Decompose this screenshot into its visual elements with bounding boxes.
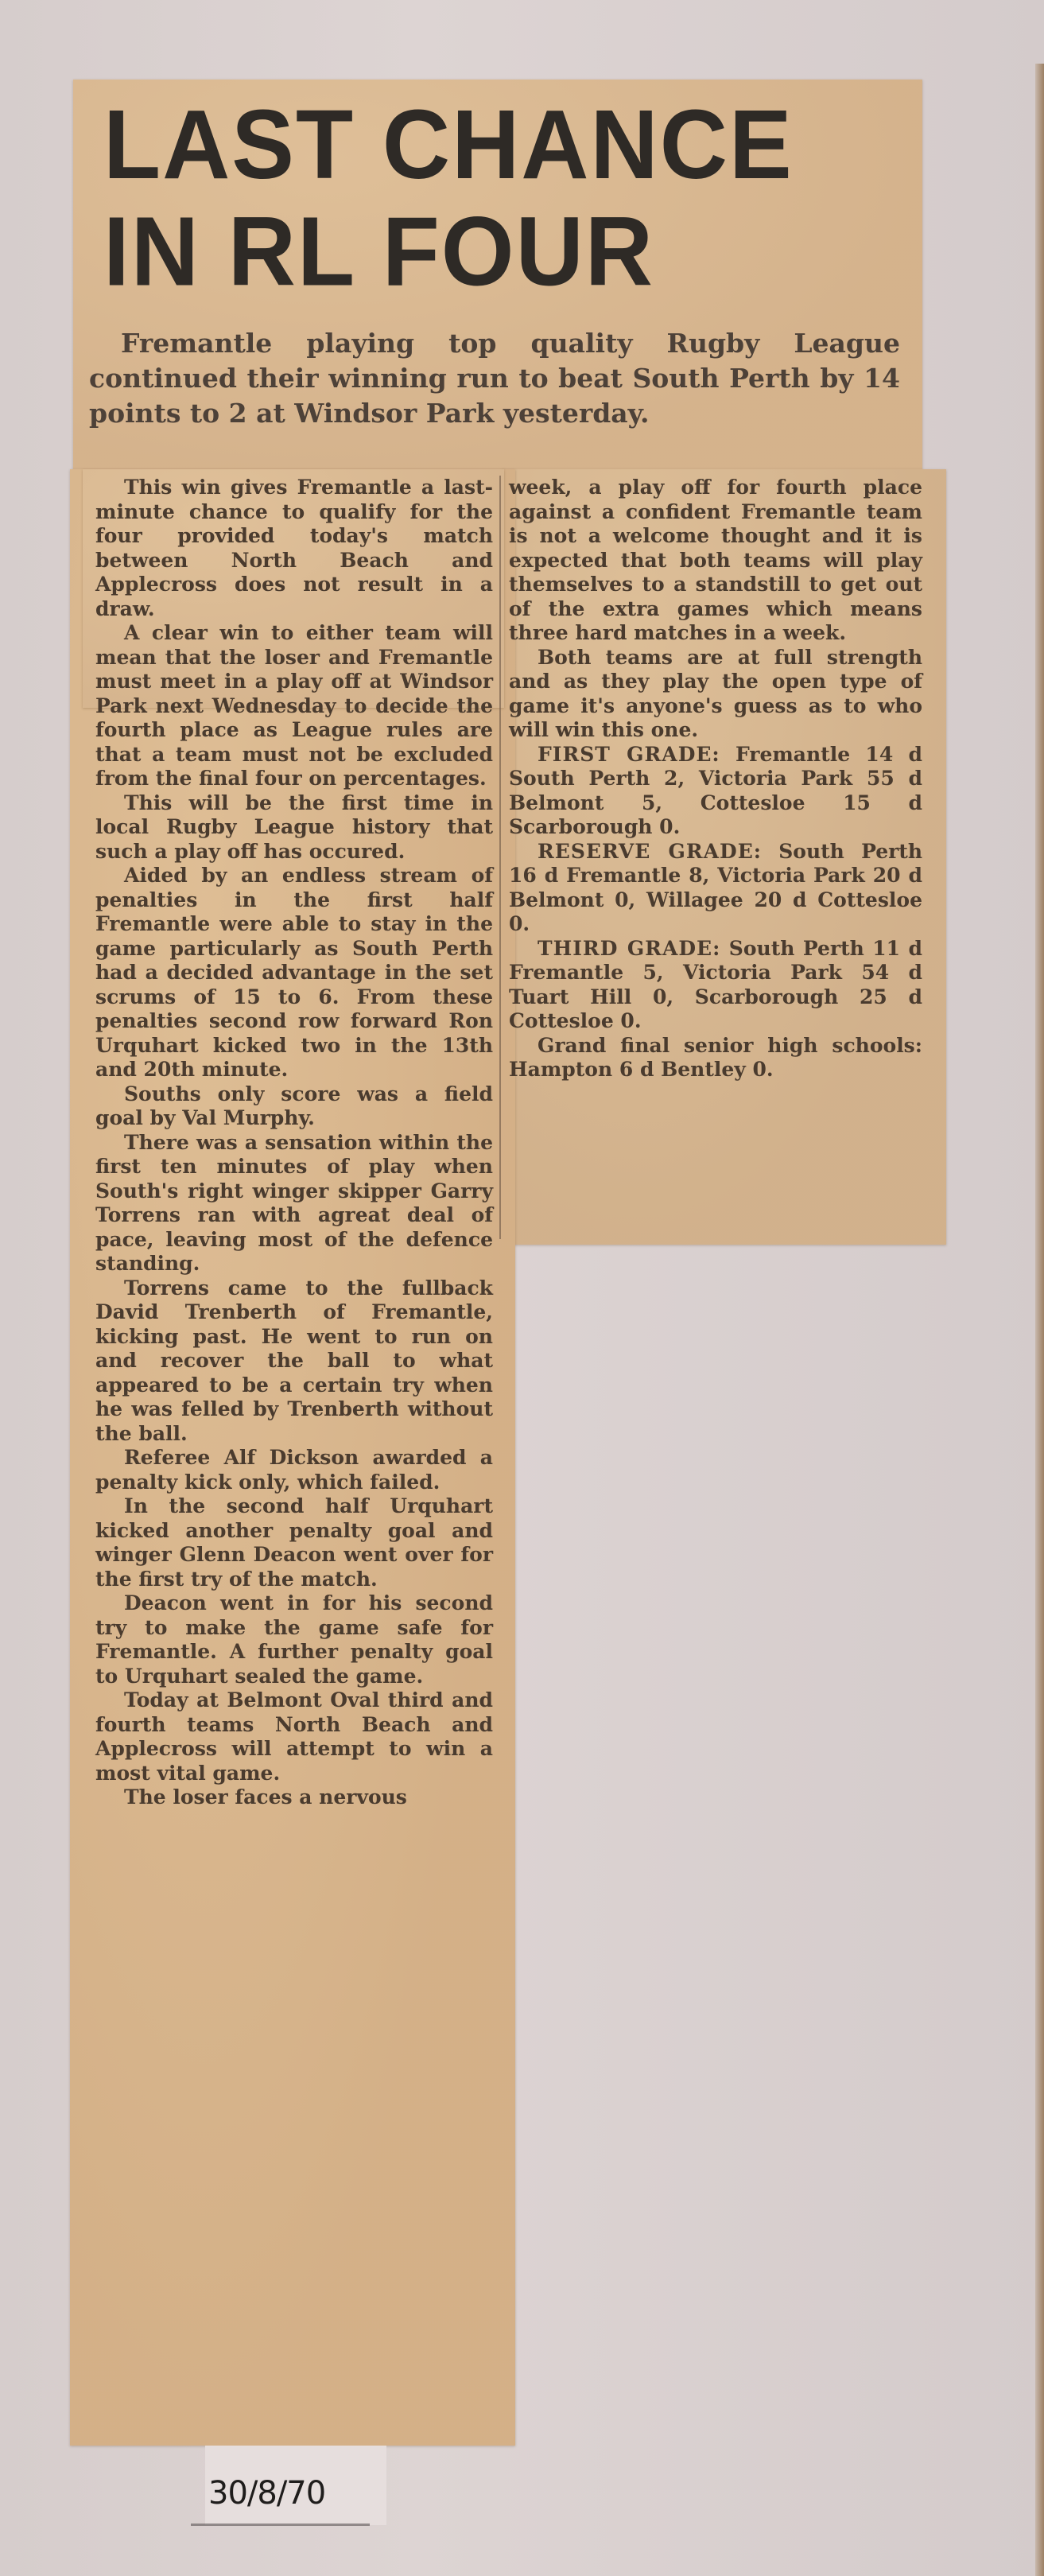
grade-label: FIRST GRADE: <box>538 743 720 766</box>
article-paragraph: In the second half Urquhart kicked anoth… <box>95 1494 493 1591</box>
date-label: 30/8/70 <box>208 2475 325 2512</box>
article-paragraph: week, a play off for fourth place agains… <box>509 476 922 646</box>
page-edge <box>1035 64 1044 2576</box>
grade-results: Hampton 6 d Bentley 0. <box>509 1058 774 1081</box>
date-label-shadow <box>191 2524 370 2526</box>
article-paragraph: Torrens came to the fullback David Trenb… <box>95 1276 493 1447</box>
headline: LAST CHANCE IN RL FOUR <box>103 91 898 305</box>
article-paragraph: A clear win to either team will mean tha… <box>95 621 493 791</box>
results-third-grade: THIRD GRADE: South Perth 11 d Fremantle … <box>509 937 922 1034</box>
article-paragraph: Souths only score was a field goal by Va… <box>95 1082 493 1131</box>
headline-line-1: LAST CHANCE <box>103 91 898 198</box>
results-reserve-grade: RESERVE GRADE: South Perth 16 d Fremantl… <box>509 840 922 937</box>
grade-label: Grand final senior high schools: <box>538 1034 922 1057</box>
article-right-column: week, a play off for fourth place agains… <box>509 476 922 1082</box>
article-paragraph: This will be the first time in local Rug… <box>95 791 493 864</box>
article-left-column-top: This win gives Fremantle a last-minute c… <box>95 476 493 1810</box>
results-first-grade: FIRST GRADE: Fremantle 14 d South Perth … <box>509 743 922 840</box>
article-paragraph: Today at Belmont Oval third and fourth t… <box>95 1688 493 1785</box>
article-paragraph: Both teams are at full strength and as t… <box>509 646 922 743</box>
article-paragraph: The loser faces a nervous <box>95 1785 493 1810</box>
grade-label: THIRD GRADE: <box>538 937 720 960</box>
standfirst: Fremantle playing top quality Rugby Leag… <box>89 326 900 431</box>
grade-label: RESERVE GRADE: <box>538 840 762 863</box>
column-rule <box>499 476 501 1239</box>
article-paragraph: Referee Alf Dickson awarded a penalty ki… <box>95 1446 493 1494</box>
results-schools-grand-final: Grand final senior high schools: Hampton… <box>509 1034 922 1082</box>
headline-line-2: IN RL FOUR <box>103 198 898 305</box>
article-paragraph: Aided by an endless stream of penalties … <box>95 864 493 1082</box>
article-paragraph: There was a sensation within the first t… <box>95 1131 493 1276</box>
article-paragraph: This win gives Fremantle a last-minute c… <box>95 476 493 621</box>
article-paragraph: Deacon went in for his second try to mak… <box>95 1591 493 1688</box>
